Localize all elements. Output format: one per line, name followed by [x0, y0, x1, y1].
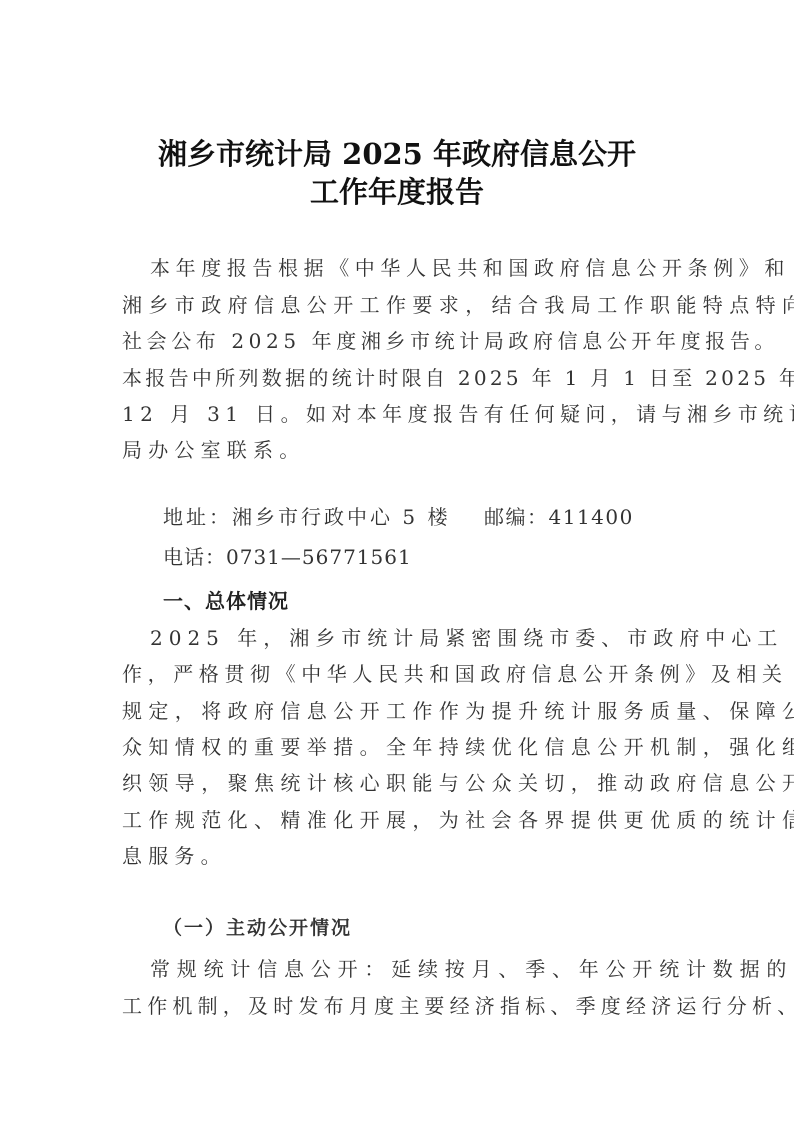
section1-line: 规定，将政府信息公开工作作为提升统计服务质量、保障公: [122, 699, 682, 723]
postcode-row: 邮编：411400: [484, 505, 634, 529]
phone-row: 电话：0731—56771561: [163, 545, 412, 569]
intro-line: 社会公布 2025 年度湘乡市统计局政府信息公开年度报告。: [122, 329, 682, 353]
address-row: 地址：湘乡市行政中心 5 楼: [163, 505, 450, 529]
intro-line: 局办公室联系。: [122, 438, 682, 462]
postcode-label: 邮编：: [484, 505, 549, 529]
subsection-heading-proactive-disclosure: （一）主动公开情况: [163, 916, 352, 940]
section-heading-overview: 一、总体情况: [163, 589, 289, 613]
phone-value: 0731—56771561: [226, 545, 412, 569]
intro-line: 本年度报告根据《中华人民共和国政府信息公开条例》和: [150, 256, 710, 280]
address-value: 湘乡市行政中心 5 楼: [232, 505, 450, 529]
section1-line: 息服务。: [122, 844, 682, 868]
subsection1-line: 常规统计信息公开：延续按月、季、年公开统计数据的: [150, 957, 710, 981]
document-title-line-2: 工作年度报告: [0, 176, 794, 208]
section1-line: 织领导，聚焦统计核心职能与公众关切，推动政府信息公开: [122, 771, 682, 795]
postcode-value: 411400: [549, 505, 634, 529]
section1-line: 2025 年，湘乡市统计局紧密围绕市委、市政府中心工: [150, 626, 710, 650]
intro-line: 湘乡市政府信息公开工作要求，结合我局工作职能特点特向: [122, 293, 682, 317]
section1-line: 工作规范化、精准化开展，为社会各界提供更优质的统计信: [122, 808, 682, 832]
document-title-line-1: 湘乡市统计局 2025 年政府信息公开: [0, 138, 794, 170]
document-page: 湘乡市统计局 2025 年政府信息公开 工作年度报告 本年度报告根据《中华人民共…: [0, 0, 794, 1122]
intro-line: 12 月 31 日。如对本年度报告有任何疑问，请与湘乡市统计: [122, 402, 682, 426]
phone-label: 电话：: [163, 545, 226, 569]
section1-line: 作，严格贯彻《中华人民共和国政府信息公开条例》及相关: [122, 662, 682, 686]
section1-line: 众知情权的重要举措。全年持续优化信息公开机制，强化组: [122, 735, 682, 759]
address-label: 地址：: [163, 505, 232, 529]
subsection1-line: 工作机制，及时发布月度主要经济指标、季度经济运行分析、: [122, 994, 682, 1018]
intro-line: 本报告中所列数据的统计时限自 2025 年 1 月 1 日至 2025 年: [122, 366, 682, 390]
